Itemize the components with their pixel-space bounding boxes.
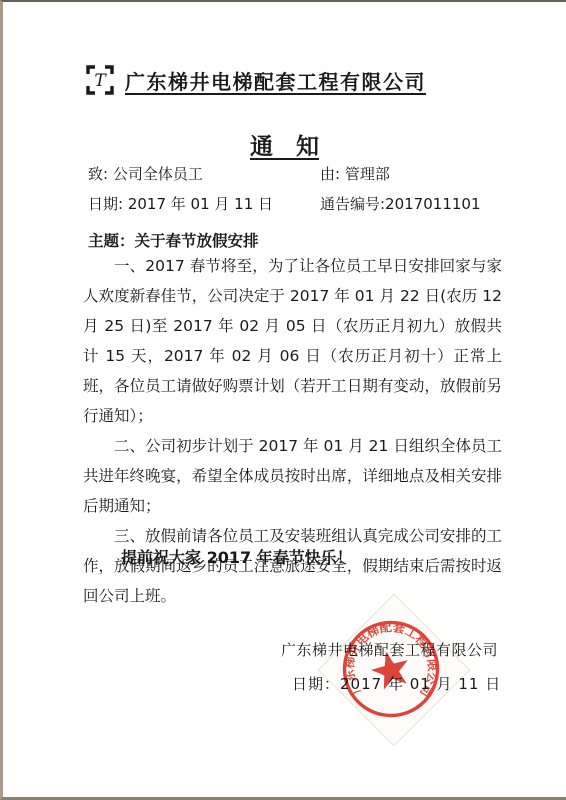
body-paragraph-2: 二、公司初步计划于 2017 年 01 月 21 日组织全体员工共进年终晚宴，希… <box>83 431 502 521</box>
subject-line: 主题：关于春节放假安排 <box>88 229 259 251</box>
body-paragraph-1: 一、2017 春节将至，为了让各位员工早日安排回家与家人欢度新春佳节，公司决定于… <box>83 251 502 431</box>
logo-letter: T <box>94 71 107 91</box>
notice-document: T 广东梯井电梯配套工程有限公司 通 知 致: 公司全体员工 由: 管理部 日期… <box>0 0 566 800</box>
meta-from-line: 由: 管理部 <box>320 163 390 184</box>
company-header: T 广东梯井电梯配套工程有限公司 <box>85 64 426 96</box>
company-logo-icon: T <box>85 64 115 96</box>
notice-title: 通 知 <box>3 128 566 161</box>
meta-notice-number: 通告编号:2017011101 <box>320 193 481 214</box>
company-seal-stamp: 广东梯井电梯配套工程有限公司 <box>335 613 447 725</box>
seal-star-icon <box>367 647 413 692</box>
blessing-line: 提前祝大家 2017 年春节快乐！ <box>121 545 353 568</box>
meta-to-line: 致: 公司全体员工 <box>88 163 203 184</box>
company-name-heading: 广东梯井电梯配套工程有限公司 <box>125 66 426 95</box>
meta-date-line: 日期: 2017 年 01 月 11 日 <box>88 193 273 214</box>
